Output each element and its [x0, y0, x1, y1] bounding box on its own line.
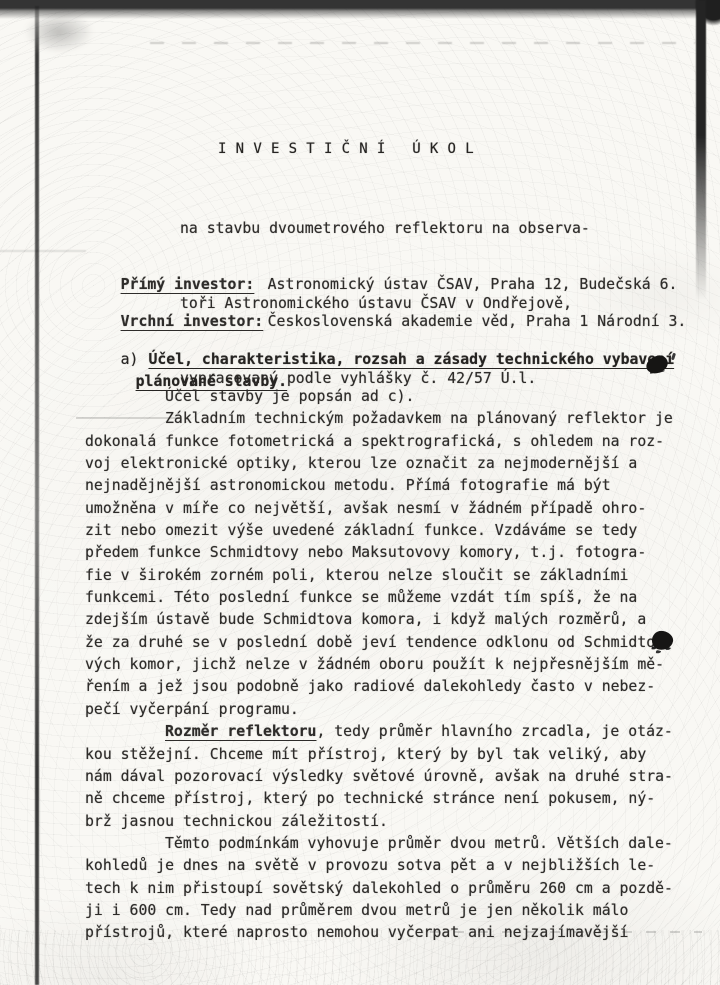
text-line: řením a jež jsou podobně jako radiové da…: [85, 676, 673, 698]
body-paragraphs: Účel stavby je popsán ad c).Základním te…: [85, 386, 673, 945]
investor-label: Přímý investor:: [121, 276, 268, 293]
text-line: ně chceme přístroj, který po technické s…: [85, 788, 673, 810]
smudge-line: [0, 250, 86, 252]
text-line: zit nebo omezit výše uvedené základní fu…: [85, 520, 673, 542]
text-line: kohledů je dnes na světě v provozu sotva…: [85, 855, 673, 877]
investor-value: Astronomický ústav ČSAV, Praha 12, Budeč…: [268, 276, 678, 293]
investor-label: Vrchní investor:: [121, 313, 268, 330]
investor-value: Československá akademie věd, Praha 1 Nár…: [268, 313, 687, 330]
text-line: nám dával pozorovací výsledky světové úr…: [85, 766, 673, 788]
subtitle-line: na stavbu dvoumetrového reflektoru na ob…: [180, 216, 590, 241]
document-title: I N V E S T I Č N Í Ú K O L: [218, 141, 474, 157]
text-line: předem funkce Schmidtovy nebo Maksutovov…: [85, 542, 673, 564]
text-line: Těmto podmínkám vyhovuje průměr dvou met…: [85, 833, 673, 855]
text-line: funkcemi. Této poslední funkce se můžeme…: [85, 587, 673, 609]
fold-smudge: [14, 8, 114, 68]
text-line: přístrojů, které naprosto nemohou vyčerp…: [85, 922, 673, 944]
text-line: pečí vyčerpání programu.: [85, 699, 673, 721]
ink-speck: [671, 353, 676, 361]
smudge-line: [150, 42, 695, 44]
text-line: vých komor, jichž nelze v žádném oboru p…: [85, 654, 673, 676]
scanned-document-page: I N V E S T I Č N Í Ú K O L na stavbu dv…: [0, 0, 720, 985]
page-fold-crease: [35, 6, 39, 985]
text-line: Účel stavby je popsán ad c).: [85, 386, 673, 408]
text-line: zdejším ústavě bude Schmidtova komora, i…: [85, 609, 673, 631]
text-line: dokonalá funkce fotometrická a spektrogr…: [85, 431, 673, 453]
text-line: kou stěžejní. Chceme mít přístroj, který…: [85, 744, 673, 766]
text-line: fie v širokém zorném poli, kterou nelze …: [85, 565, 673, 587]
text-line: nejnadějnější astronomickou metodu. Přím…: [85, 475, 673, 497]
text-line: brž jasnou technickou záležitostí.: [85, 811, 673, 833]
text-line: ji i 600 cm. Tedy nad průměrem dvou metr…: [85, 900, 673, 922]
text-line: umožněna v míře co největší, avšak nesmí…: [85, 498, 673, 520]
text-line: voj elektronické optiky, kterou lze ozna…: [85, 453, 673, 475]
text-line: Rozměr reflektoru, tedy průměr hlavního …: [85, 721, 673, 743]
underlined-phrase: Rozměr reflektoru: [165, 723, 316, 740]
text-line: Základním technickým požadavkem na pláno…: [85, 408, 673, 430]
text-line: tech k nim přistoupí sovětský dalekohled…: [85, 878, 673, 900]
scan-edge-right: [696, 0, 706, 300]
text-line: že za druhé se v poslední době jeví tend…: [85, 632, 673, 654]
